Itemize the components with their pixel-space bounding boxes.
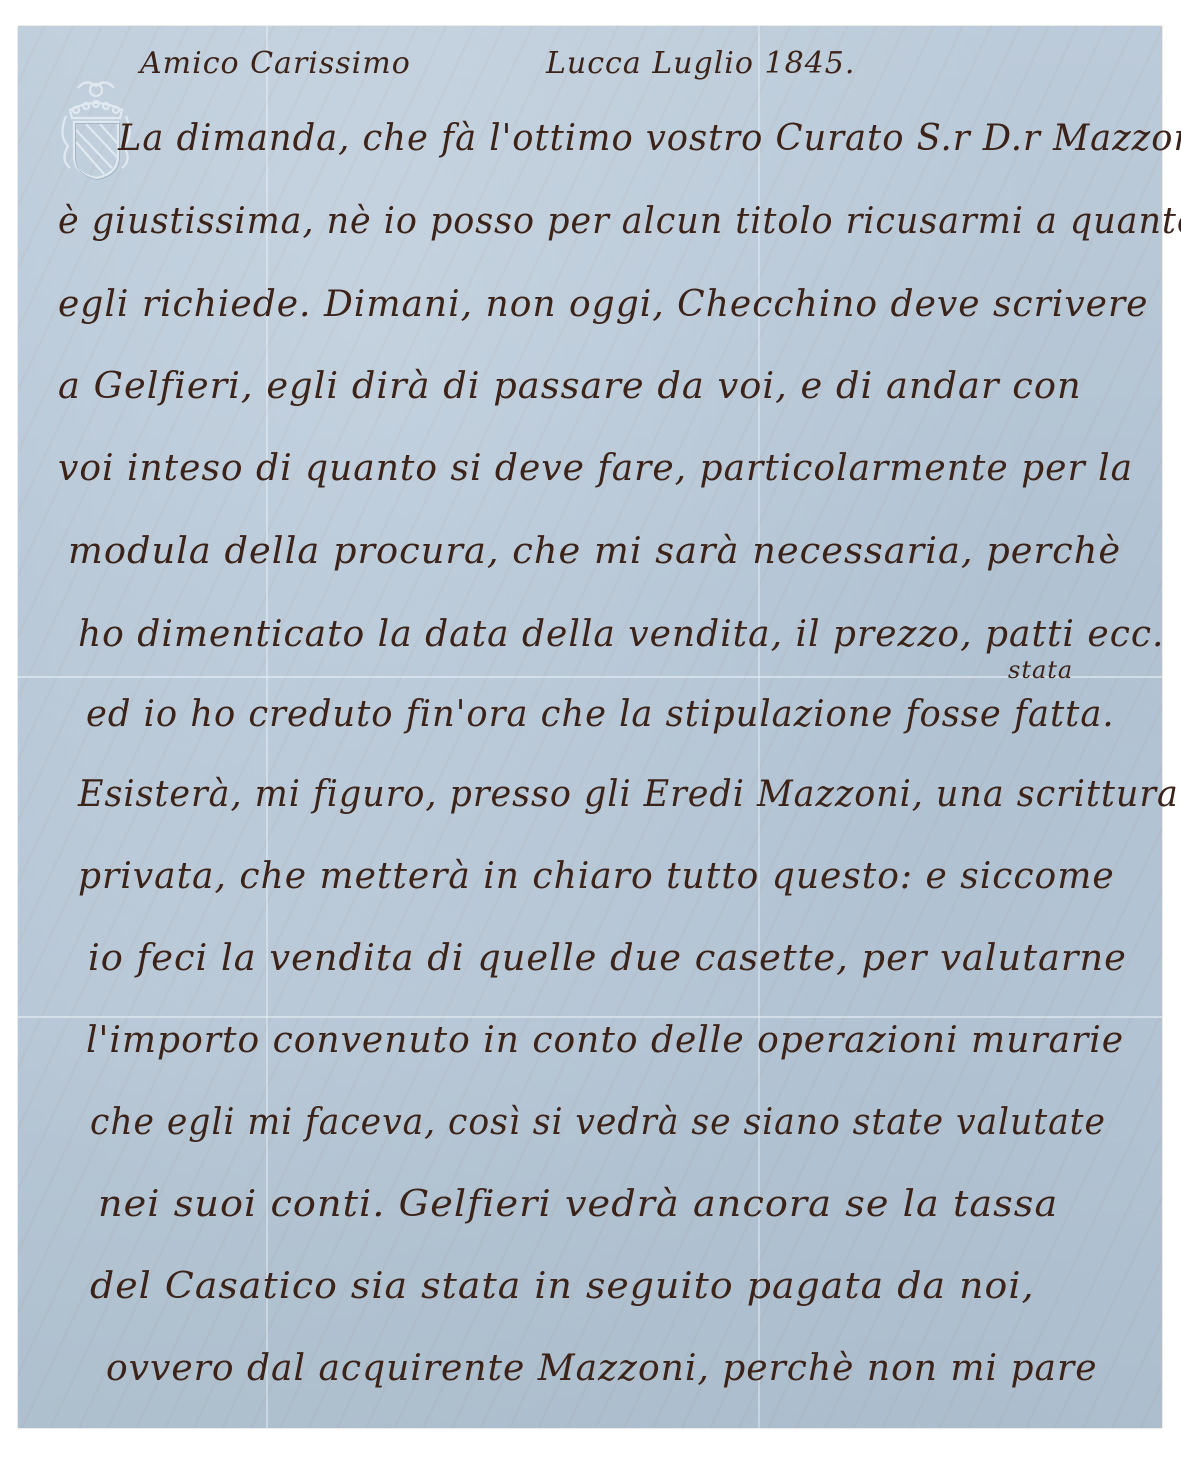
fold-crease (18, 676, 1162, 678)
letter-line-8: ed io ho creduto fin'ora che la stipulaz… (86, 694, 1115, 735)
interlinear-insert: stata (1008, 656, 1073, 684)
letter-line-12: l'importo convenuto in conto delle opera… (86, 1020, 1124, 1061)
letter-line-16: ovvero dal acquirente Mazzoni, perchè no… (106, 1348, 1098, 1389)
letter-line-15: del Casatico sia stata in seguito pagata… (90, 1266, 1035, 1307)
letter-line-13: che egli mi faceva, così si vedrà se sia… (90, 1102, 1106, 1143)
letter-line-1: La dimanda, che fà l'ottimo vostro Curat… (118, 118, 1181, 159)
letter-line-7: ho dimenticato la data della vendita, il… (78, 614, 1164, 655)
letter-line-9: Esisterà, mi figuro, presso gli Eredi Ma… (78, 774, 1179, 815)
letter-line-2: è giustissima, nè io posso per alcun tit… (58, 201, 1181, 242)
letter-line-5: voi inteso di quanto si deve fare, parti… (58, 448, 1133, 489)
letter-sheet: Amico Carissimo Lucca Luglio 1845. La di… (18, 26, 1162, 1428)
letter-line-6: modula della procura, che mi sarà necess… (68, 531, 1121, 572)
letter-line-11: io feci la vendita di quelle due casette… (88, 938, 1127, 979)
letter-line-10: privata, che metterà in chiaro tutto que… (78, 856, 1115, 897)
letter-line-3: egli richiede. Dimani, non oggi, Checchi… (58, 284, 1148, 325)
letter-line-4: a Gelfieri, egli dirà di passare da voi,… (58, 366, 1082, 407)
letter-line-14: nei suoi conti. Gelfieri vedrà ancora se… (98, 1184, 1058, 1225)
salutation: Amico Carissimo (140, 46, 411, 81)
place-date: Lucca Luglio 1845. (546, 46, 855, 81)
fold-crease (18, 1016, 1162, 1018)
